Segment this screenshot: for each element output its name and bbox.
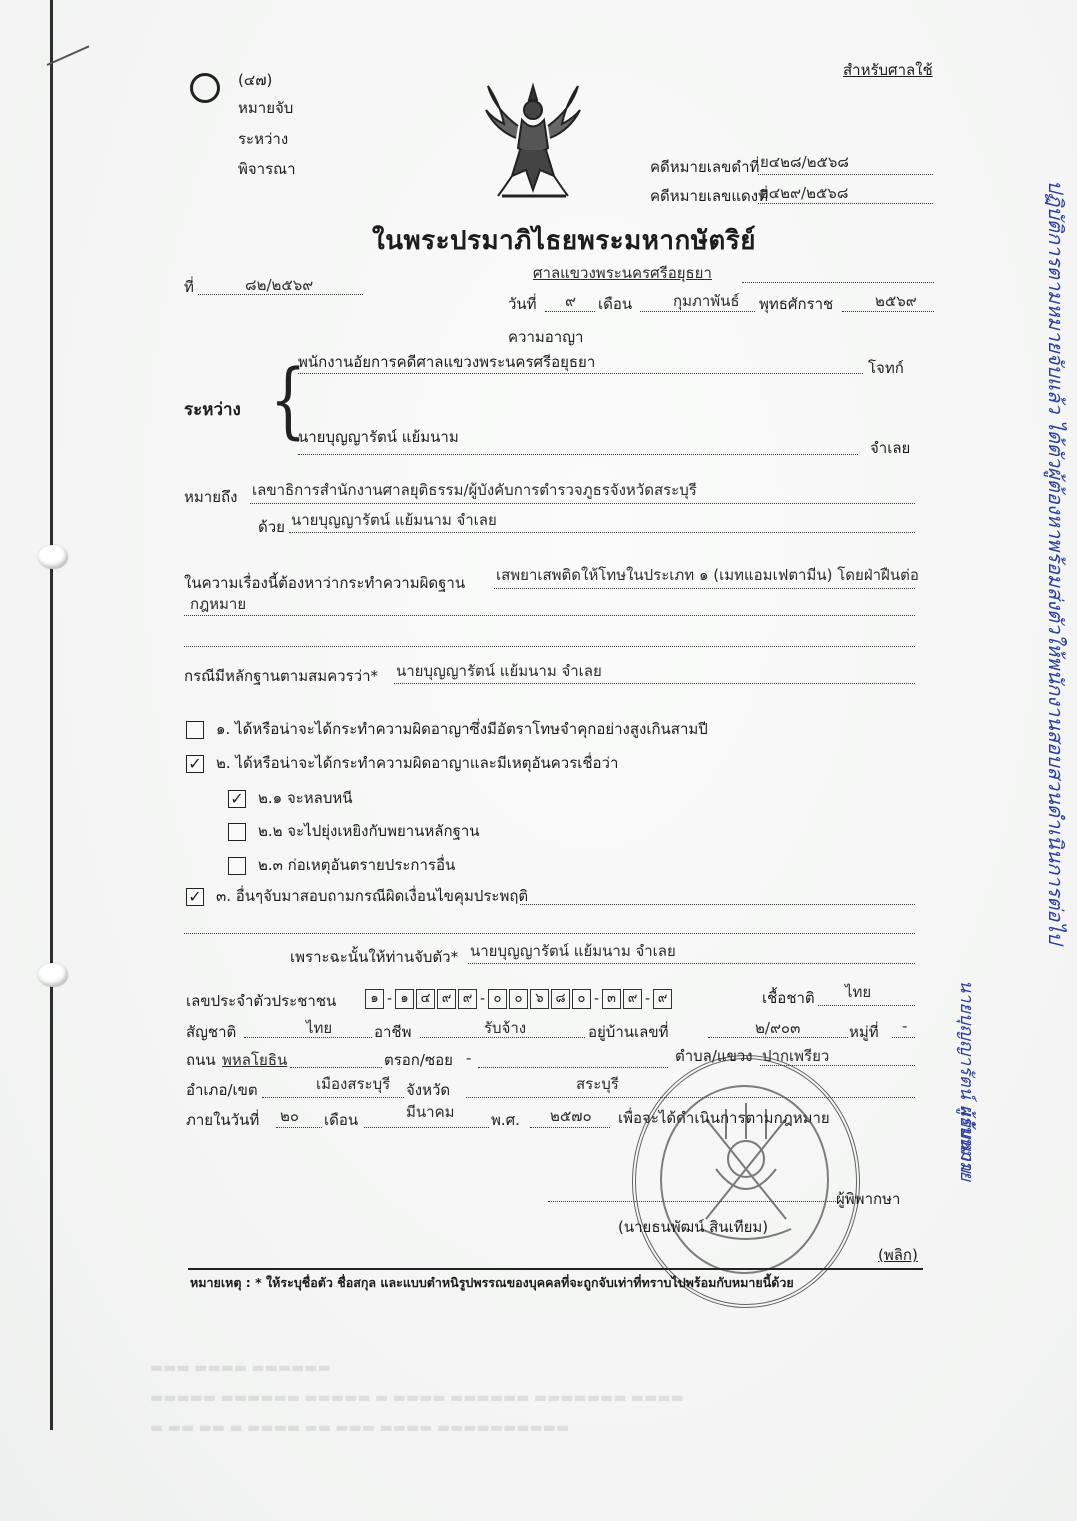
case-type: ความอาญา bbox=[508, 327, 583, 347]
id-digit-box: ๙ bbox=[458, 989, 477, 1009]
dotted-line bbox=[298, 453, 858, 455]
date-month: กุมภาพันธ์ bbox=[673, 291, 740, 311]
occupation-label: อาชีพ bbox=[374, 1022, 412, 1042]
checkmark-icon: ✓ bbox=[188, 887, 201, 906]
checkbox-label-g1: ๑. ได้หรือน่าจะได้กระทำความผิดอาญาซึ่งมี… bbox=[216, 719, 708, 739]
bleed-through-text: ▬▬▬ ▬▬▬▬ ▬▬▬▬▬▬ bbox=[150, 1360, 950, 1376]
dotted-line bbox=[494, 587, 915, 589]
judge-name: (นายธนพัฒน์ สินเทียม) bbox=[618, 1217, 768, 1237]
with-value: นายบุญญารัตน์ แย้มนาม จำเลย bbox=[291, 510, 497, 530]
plaintiff-name: พนักงานอัยการคดีศาลแขวงพระนครศรีอยุธยา bbox=[298, 352, 595, 372]
dotted-line bbox=[289, 531, 915, 533]
id-digit-box: ๘ bbox=[551, 989, 570, 1009]
punch-hole bbox=[38, 545, 68, 569]
document-title: ในพระปรมาภิไธยพระมหากษัตริย์ bbox=[372, 220, 756, 261]
checkbox-label-g3: ๓. อื่นๆจับมาสอบถามกรณีผิดเงื่อนไขคุมประ… bbox=[216, 886, 528, 906]
house-no-value: ๒/๙๐๓ bbox=[755, 1018, 800, 1038]
dotted-line bbox=[758, 202, 933, 204]
court-seal-icon bbox=[632, 1055, 860, 1308]
district-label: อำเภอ/เขต bbox=[186, 1080, 258, 1100]
court-use-label: สำหรับศาลใช้ bbox=[843, 60, 933, 80]
dotted-line bbox=[244, 1036, 372, 1038]
signature-line bbox=[548, 1200, 840, 1202]
dotted-line bbox=[742, 281, 934, 283]
id-digit-box: ๙ bbox=[623, 989, 642, 1009]
road-label: ถนน bbox=[186, 1050, 216, 1070]
evidence-label: กรณีมีหลักฐานตามสมควรว่า* bbox=[184, 666, 378, 686]
checkmark-icon: ✓ bbox=[230, 789, 243, 808]
form-number: (๔๗) bbox=[238, 70, 272, 90]
plaintiff-role: โจทก์ bbox=[868, 358, 904, 378]
deadline-month-label: เดือน bbox=[324, 1110, 358, 1130]
province-label: จังหวัด bbox=[406, 1080, 450, 1100]
dotted-line bbox=[184, 932, 915, 934]
deadline-label: ภายในวันที่ bbox=[186, 1110, 259, 1130]
dotted-line bbox=[394, 682, 915, 684]
house-no-label: อยู่บ้านเลขที่ bbox=[588, 1022, 668, 1042]
addressee-value: เลขาธิการสำนักงานศาลยุติธรรม/ผู้บังคับกา… bbox=[252, 480, 697, 500]
charge-value-line-2: กฎหมาย bbox=[190, 594, 246, 614]
dotted-line bbox=[545, 310, 595, 312]
province-value: สระบุรี bbox=[576, 1074, 619, 1094]
id-digit-box: ๖ bbox=[530, 989, 549, 1009]
binder-margin-line bbox=[50, 0, 53, 1430]
dotted-line bbox=[250, 502, 915, 504]
with-label: ด้วย bbox=[258, 517, 285, 537]
form-type-line-1: หมายจับ bbox=[238, 98, 293, 118]
dotted-line bbox=[290, 1066, 382, 1068]
garuda-emblem-icon bbox=[482, 78, 584, 203]
checkbox-g2-2[interactable] bbox=[228, 823, 246, 841]
dotted-line bbox=[520, 903, 915, 905]
ethnicity-label: เชื้อชาติ bbox=[762, 988, 815, 1008]
dotted-line bbox=[298, 372, 863, 374]
occupation-value: รับจ้าง bbox=[484, 1018, 526, 1038]
nationality-label: สัญชาติ bbox=[186, 1022, 236, 1042]
form-type-line-3: พิจารณา bbox=[238, 159, 296, 179]
dotted-line bbox=[842, 310, 934, 312]
deadline-year: ๒๕๗๐ bbox=[550, 1106, 592, 1126]
evidence-value: นายบุญญารัตน์ แย้มนาม จำเลย bbox=[396, 661, 602, 681]
checkbox-label-g2-1: ๒.๑ จะหลบหนี bbox=[258, 788, 353, 808]
dotted-line bbox=[818, 1004, 915, 1006]
dotted-line bbox=[184, 614, 915, 616]
id-digit-box: ๑ bbox=[395, 989, 414, 1009]
ref-number: ๘๒/๒๕๖๙ bbox=[245, 275, 313, 295]
bleed-through-text: ▬ ▬▬ ▬▬ ▬ ▬▬▬▬ ▬▬ ▬▬▬ ▬▬▬▬ ▬▬▬▬▬▬▬▬▬▬ bbox=[150, 1420, 970, 1436]
dotted-line bbox=[420, 1036, 585, 1038]
checkbox-g2-1[interactable]: ✓ bbox=[228, 790, 246, 808]
date-day: ๙ bbox=[565, 291, 576, 311]
checkbox-label-g2: ๒. ได้หรือน่าจะได้กระทำความผิดอาญาและมีเ… bbox=[216, 753, 618, 773]
deadline-year-label: พ.ศ. bbox=[491, 1110, 520, 1130]
charge-value-line-1: เสพยาเสพติดให้โทษในประเภท ๑ (เมทแอมเฟตาม… bbox=[496, 565, 919, 585]
form-type-line-2: ระหว่าง bbox=[238, 129, 288, 149]
year-label: พุทธศักราช bbox=[759, 294, 833, 314]
checkbox-label-g2-3: ๒.๓ ก่อเหตุอันตรายประการอื่น bbox=[258, 855, 455, 875]
checkbox-label-g2-2: ๒.๒ จะไปยุ่งเหยิงกับพยานหลักฐาน bbox=[258, 821, 480, 841]
nationality-value: ไทย bbox=[306, 1018, 332, 1038]
national-id-boxes: ๑-๑๔๙๙-๐๐๖๘๐-๓๙-๙ bbox=[364, 988, 673, 1009]
turn-over-label: (พลิก) bbox=[878, 1245, 918, 1265]
defendant-name: นายบุญญารัตน์ แย้มนาม bbox=[298, 427, 459, 447]
moo-value: - bbox=[902, 1016, 907, 1036]
checkbox-g3[interactable]: ✓ bbox=[186, 888, 204, 906]
punch-hole bbox=[38, 963, 68, 987]
dotted-line bbox=[468, 962, 915, 964]
id-separator: - bbox=[478, 991, 487, 1007]
district-value: เมืองสระบุรี bbox=[316, 1074, 390, 1094]
addressee-label: หมายถึง bbox=[184, 487, 237, 507]
checkmark-icon: ✓ bbox=[188, 754, 201, 773]
id-digit-box: ๙ bbox=[437, 989, 456, 1009]
soi-value: - bbox=[466, 1048, 471, 1068]
id-digit-box: ๔ bbox=[416, 989, 435, 1009]
deadline-month: มีนาคม bbox=[406, 1102, 455, 1122]
checkbox-g1[interactable] bbox=[186, 721, 204, 739]
order-value: นายบุญญารัตน์ แย้มนาม จำเลย bbox=[470, 941, 676, 961]
handwritten-signature: ผู้รับหมาย bbox=[952, 1105, 981, 1181]
month-label: เดือน bbox=[598, 294, 632, 314]
dotted-line bbox=[276, 1126, 322, 1128]
judge-role: ผู้พิพากษา bbox=[836, 1189, 900, 1209]
checkbox-g2[interactable]: ✓ bbox=[186, 755, 204, 773]
footer-rule bbox=[188, 1268, 923, 1270]
dotted-line bbox=[364, 1126, 489, 1128]
id-separator: - bbox=[385, 991, 394, 1007]
dotted-line bbox=[478, 1066, 668, 1068]
court-name: ศาลแขวงพระนครศรีอยุธยา bbox=[533, 263, 712, 283]
red-case-number: ย๔๒๙/๒๕๖๘ bbox=[760, 183, 848, 203]
ethnicity-value: ไทย bbox=[845, 982, 871, 1002]
id-separator: - bbox=[592, 991, 601, 1007]
checkbox-g2-3[interactable] bbox=[228, 857, 246, 875]
footer-note: หมายเหตุ : * ให้ระบุชื่อตัว ชื่อสกุล และ… bbox=[190, 1273, 794, 1293]
id-separator: - bbox=[643, 991, 652, 1007]
dotted-line bbox=[892, 1036, 915, 1038]
form-circle-mark bbox=[190, 73, 220, 103]
ref-label: ที่ bbox=[184, 277, 194, 297]
between-label: ระหว่าง bbox=[184, 400, 241, 420]
date-label: วันที่ bbox=[508, 294, 537, 314]
handwritten-note: ปฏิบัติการตามหมายจับแล้ว ได้ตัวผู้ต้องหา… bbox=[1040, 180, 1072, 944]
id-digit-box: ๑ bbox=[365, 989, 384, 1009]
id-digit-box: ๙ bbox=[653, 989, 672, 1009]
dotted-line bbox=[262, 1096, 404, 1098]
dotted-line bbox=[530, 1126, 610, 1128]
red-case-label: คดีหมายเลขแดงที่ bbox=[650, 186, 768, 206]
bleed-through-text: ▬▬▬▬▬ ▬▬▬▬▬▬ ▬▬▬▬▬ ▬ ▬▬▬▬ ▬▬▬▬▬▬ ▬▬▬▬▬▬▬… bbox=[150, 1390, 970, 1406]
deadline-day: ๒๐ bbox=[280, 1106, 299, 1126]
defendant-role: จำเลย bbox=[870, 438, 910, 458]
black-case-number: ย๔๒๘/๒๕๖๘ bbox=[760, 152, 849, 172]
moo-label: หมู่ที่ bbox=[849, 1022, 879, 1042]
dotted-line bbox=[708, 1036, 848, 1038]
id-digit-box: ๐ bbox=[572, 989, 591, 1009]
black-case-label: คดีหมายเลขดำที่ bbox=[650, 158, 759, 176]
dotted-line bbox=[198, 293, 363, 295]
dotted-line bbox=[640, 310, 755, 312]
id-label: เลขประจำตัวประชาชน bbox=[186, 991, 336, 1011]
id-digit-box: ๐ bbox=[488, 989, 507, 1009]
road-value: พหลโยธิน bbox=[222, 1050, 287, 1070]
date-year: ๒๕๖๙ bbox=[875, 291, 917, 311]
order-label: เพราะฉะนั้นให้ท่านจับตัว* bbox=[290, 947, 458, 967]
soi-label: ตรอก/ซอย bbox=[384, 1050, 453, 1070]
charge-label: ในความเรื่องนี้ต้องหาว่ากระทำความผิดฐาน bbox=[184, 573, 465, 593]
id-digit-box: ๓ bbox=[602, 989, 621, 1009]
id-digit-box: ๐ bbox=[509, 989, 528, 1009]
dotted-line bbox=[184, 645, 915, 647]
dotted-line bbox=[758, 173, 933, 175]
